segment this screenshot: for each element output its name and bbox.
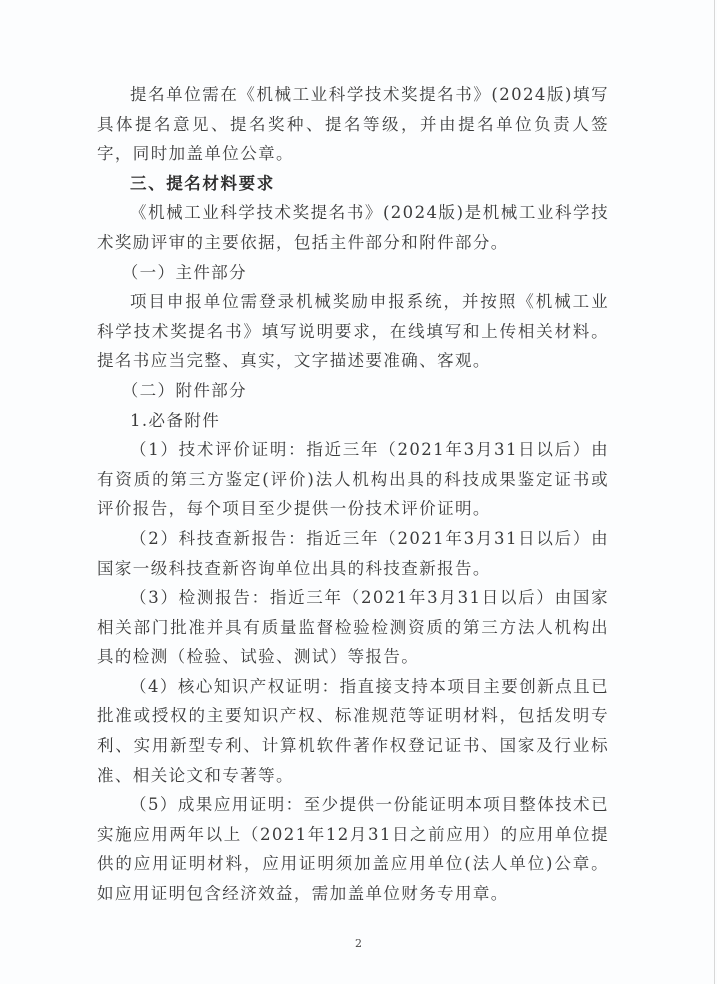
paragraph-main-part: 项目申报单位需登录机械奖励申报系统，并按照《机械工业科学技术奖提名书》填写说明要… [97,287,609,376]
paragraph-application-proof: （5）成果应用证明：至少提供一份能证明本项目整体技术已实施应用两年以上（2021… [97,790,609,908]
paragraph-ip-proof: （4）核心知识产权证明：指直接支持本项目主要创新点且已批准或授权的主要知识产权、… [97,672,609,790]
paragraph-nomination-opinion: 提名单位需在《机械工业科学技术奖提名书》(2024版)填写具体提名意见、提名奖种… [97,80,609,169]
page-edge-line [714,0,715,984]
paragraph-nomination-book: 《机械工业科学技术奖提名书》(2024版)是机械工业科学技术奖励评审的主要依据，… [97,198,609,257]
subheading-required-attachments: 1.必备附件 [97,406,609,436]
paragraph-novelty-search: （2）科技查新报告：指近三年（2021年3月31日以后）由国家一级科技查新咨询单… [97,524,609,583]
document-body: 提名单位需在《机械工业科学技术奖提名书》(2024版)填写具体提名意见、提名奖种… [97,80,609,909]
page-number: 2 [0,937,717,950]
subheading-main-part: （一）主件部分 [97,258,609,288]
subheading-attachments: （二）附件部分 [97,376,609,406]
paragraph-tech-evaluation: （1）技术评价证明：指近三年（2021年3月31日以后）由有资质的第三方鉴定(评… [97,435,609,524]
paragraph-test-report: （3）检测报告：指近三年（2021年3月31日以后）由国家相关部门批准并具有质量… [97,583,609,672]
section-heading-materials: 三、提名材料要求 [97,169,609,199]
